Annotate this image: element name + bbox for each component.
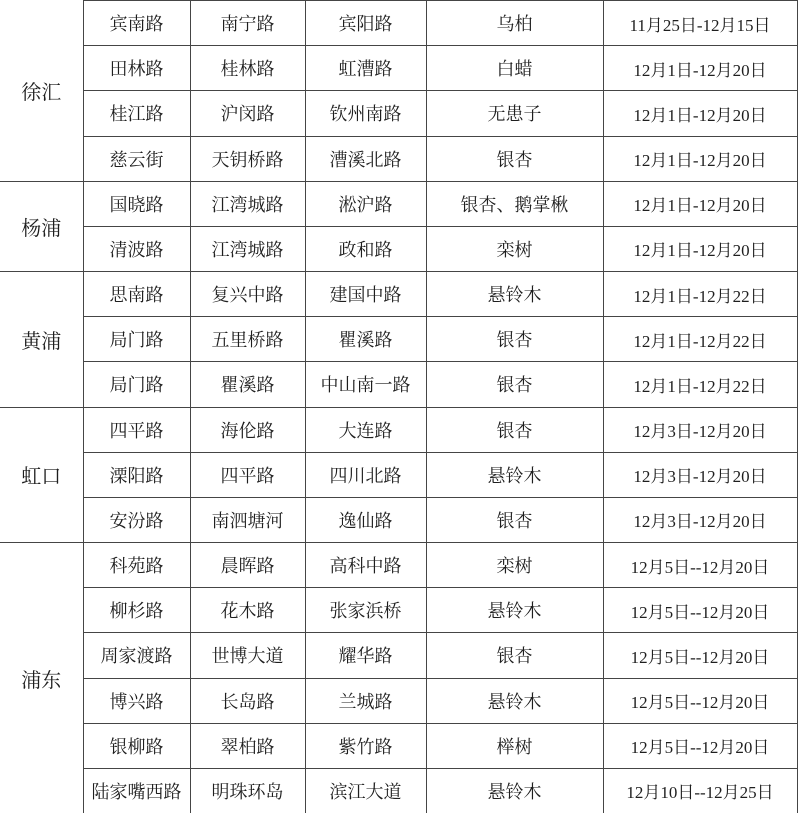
to-road-cell: 大连路 [305,407,426,452]
from-road-cell: 江湾城路 [190,181,305,226]
tree-species-cell: 悬铃木 [426,452,603,497]
table-row: 周家渡路世博大道耀华路银杏12月5日--12月20日 [0,633,797,678]
district-cell: 浦东 [0,543,83,813]
to-road-cell: 高科中路 [305,543,426,588]
tree-species-cell: 无患子 [426,91,603,136]
table-row: 博兴路长岛路兰城路悬铃木12月5日--12月20日 [0,678,797,723]
from-road-cell: 世博大道 [190,633,305,678]
date-range-cell: 12月3日-12月20日 [603,452,797,497]
table-row: 陆家嘴西路明珠环岛滨江大道悬铃木12月10日--12月25日 [0,768,797,813]
to-road-cell: 逸仙路 [305,497,426,542]
road-cell: 清波路 [83,226,190,271]
district-cell: 虹口 [0,407,83,543]
date-range-cell: 12月1日-12月22日 [603,317,797,362]
table-row: 徐汇宾南路南宁路宾阳路乌柏11月25日-12月15日 [0,1,797,46]
tree-species-cell: 悬铃木 [426,588,603,633]
from-road-cell: 复兴中路 [190,272,305,317]
road-cell: 博兴路 [83,678,190,723]
to-road-cell: 建国中路 [305,272,426,317]
road-cell: 溧阳路 [83,452,190,497]
from-road-cell: 五里桥路 [190,317,305,362]
from-road-cell: 瞿溪路 [190,362,305,407]
to-road-cell: 兰城路 [305,678,426,723]
date-range-cell: 12月5日--12月20日 [603,543,797,588]
to-road-cell: 耀华路 [305,633,426,678]
from-road-cell: 天钥桥路 [190,136,305,181]
to-road-cell: 紫竹路 [305,723,426,768]
tree-roads-page: 徐汇宾南路南宁路宾阳路乌柏11月25日-12月15日田林路桂林路虹漕路白蜡12月… [0,0,800,813]
from-road-cell: 南泗塘河 [190,497,305,542]
date-range-cell: 12月5日--12月20日 [603,678,797,723]
date-range-cell: 12月1日-12月20日 [603,91,797,136]
tree-species-cell: 银杏 [426,317,603,362]
table-row: 溧阳路四平路四川北路悬铃木12月3日-12月20日 [0,452,797,497]
road-cell: 思南路 [83,272,190,317]
table-row: 浦东科苑路晨晖路高科中路栾树12月5日--12月20日 [0,543,797,588]
road-cell: 田林路 [83,46,190,91]
road-cell: 周家渡路 [83,633,190,678]
table-row: 桂江路沪闵路钦州南路无患子12月1日-12月20日 [0,91,797,136]
from-road-cell: 桂林路 [190,46,305,91]
date-range-cell: 12月10日--12月25日 [603,768,797,813]
table-body: 徐汇宾南路南宁路宾阳路乌柏11月25日-12月15日田林路桂林路虹漕路白蜡12月… [0,1,797,813]
date-range-cell: 11月25日-12月15日 [603,1,797,46]
table-row: 柳杉路花木路张家浜桥悬铃木12月5日--12月20日 [0,588,797,633]
tree-species-cell: 银杏 [426,633,603,678]
table-row: 清波路江湾城路政和路栾树12月1日-12月20日 [0,226,797,271]
road-cell: 慈云街 [83,136,190,181]
from-road-cell: 明珠环岛 [190,768,305,813]
district-cell: 黄浦 [0,272,83,408]
tree-species-cell: 银杏 [426,136,603,181]
to-road-cell: 漕溪北路 [305,136,426,181]
from-road-cell: 长岛路 [190,678,305,723]
table-row: 慈云街天钥桥路漕溪北路银杏12月1日-12月20日 [0,136,797,181]
table-row: 虹口四平路海伦路大连路银杏12月3日-12月20日 [0,407,797,452]
from-road-cell: 花木路 [190,588,305,633]
tree-species-cell: 悬铃木 [426,272,603,317]
from-road-cell: 晨晖路 [190,543,305,588]
road-cell: 银柳路 [83,723,190,768]
to-road-cell: 虹漕路 [305,46,426,91]
road-cell: 宾南路 [83,1,190,46]
to-road-cell: 政和路 [305,226,426,271]
district-roads-table: 徐汇宾南路南宁路宾阳路乌柏11月25日-12月15日田林路桂林路虹漕路白蜡12月… [0,0,798,813]
road-cell: 国晓路 [83,181,190,226]
road-cell: 桂江路 [83,91,190,136]
date-range-cell: 12月5日--12月20日 [603,588,797,633]
date-range-cell: 12月3日-12月20日 [603,407,797,452]
to-road-cell: 宾阳路 [305,1,426,46]
table-row: 局门路五里桥路瞿溪路银杏12月1日-12月22日 [0,317,797,362]
tree-species-cell: 栾树 [426,226,603,271]
tree-species-cell: 银杏、鹅掌楸 [426,181,603,226]
from-road-cell: 翠柏路 [190,723,305,768]
district-cell: 徐汇 [0,1,83,182]
to-road-cell: 张家浜桥 [305,588,426,633]
from-road-cell: 南宁路 [190,1,305,46]
from-road-cell: 海伦路 [190,407,305,452]
from-road-cell: 四平路 [190,452,305,497]
tree-species-cell: 乌柏 [426,1,603,46]
date-range-cell: 12月1日-12月20日 [603,46,797,91]
tree-species-cell: 银杏 [426,407,603,452]
date-range-cell: 12月5日--12月20日 [603,723,797,768]
district-cell: 杨浦 [0,181,83,271]
tree-species-cell: 银杏 [426,362,603,407]
date-range-cell: 12月3日-12月20日 [603,497,797,542]
date-range-cell: 12月1日-12月20日 [603,226,797,271]
table-row: 黄浦思南路复兴中路建国中路悬铃木12月1日-12月22日 [0,272,797,317]
date-range-cell: 12月5日--12月20日 [603,633,797,678]
road-cell: 陆家嘴西路 [83,768,190,813]
tree-species-cell: 银杏 [426,497,603,542]
table-row: 杨浦国晓路江湾城路淞沪路银杏、鹅掌楸12月1日-12月20日 [0,181,797,226]
to-road-cell: 钦州南路 [305,91,426,136]
table-row: 局门路瞿溪路中山南一路银杏12月1日-12月22日 [0,362,797,407]
tree-species-cell: 白蜡 [426,46,603,91]
from-road-cell: 江湾城路 [190,226,305,271]
road-cell: 局门路 [83,362,190,407]
tree-species-cell: 悬铃木 [426,678,603,723]
to-road-cell: 中山南一路 [305,362,426,407]
date-range-cell: 12月1日-12月22日 [603,272,797,317]
table-row: 田林路桂林路虹漕路白蜡12月1日-12月20日 [0,46,797,91]
table-row: 银柳路翠柏路紫竹路榉树12月5日--12月20日 [0,723,797,768]
to-road-cell: 四川北路 [305,452,426,497]
road-cell: 柳杉路 [83,588,190,633]
to-road-cell: 瞿溪路 [305,317,426,362]
road-cell: 科苑路 [83,543,190,588]
date-range-cell: 12月1日-12月20日 [603,181,797,226]
tree-species-cell: 榉树 [426,723,603,768]
table-row: 安汾路南泗塘河逸仙路银杏12月3日-12月20日 [0,497,797,542]
from-road-cell: 沪闵路 [190,91,305,136]
date-range-cell: 12月1日-12月22日 [603,362,797,407]
to-road-cell: 滨江大道 [305,768,426,813]
tree-species-cell: 悬铃木 [426,768,603,813]
road-cell: 局门路 [83,317,190,362]
road-cell: 安汾路 [83,497,190,542]
tree-species-cell: 栾树 [426,543,603,588]
date-range-cell: 12月1日-12月20日 [603,136,797,181]
to-road-cell: 淞沪路 [305,181,426,226]
road-cell: 四平路 [83,407,190,452]
